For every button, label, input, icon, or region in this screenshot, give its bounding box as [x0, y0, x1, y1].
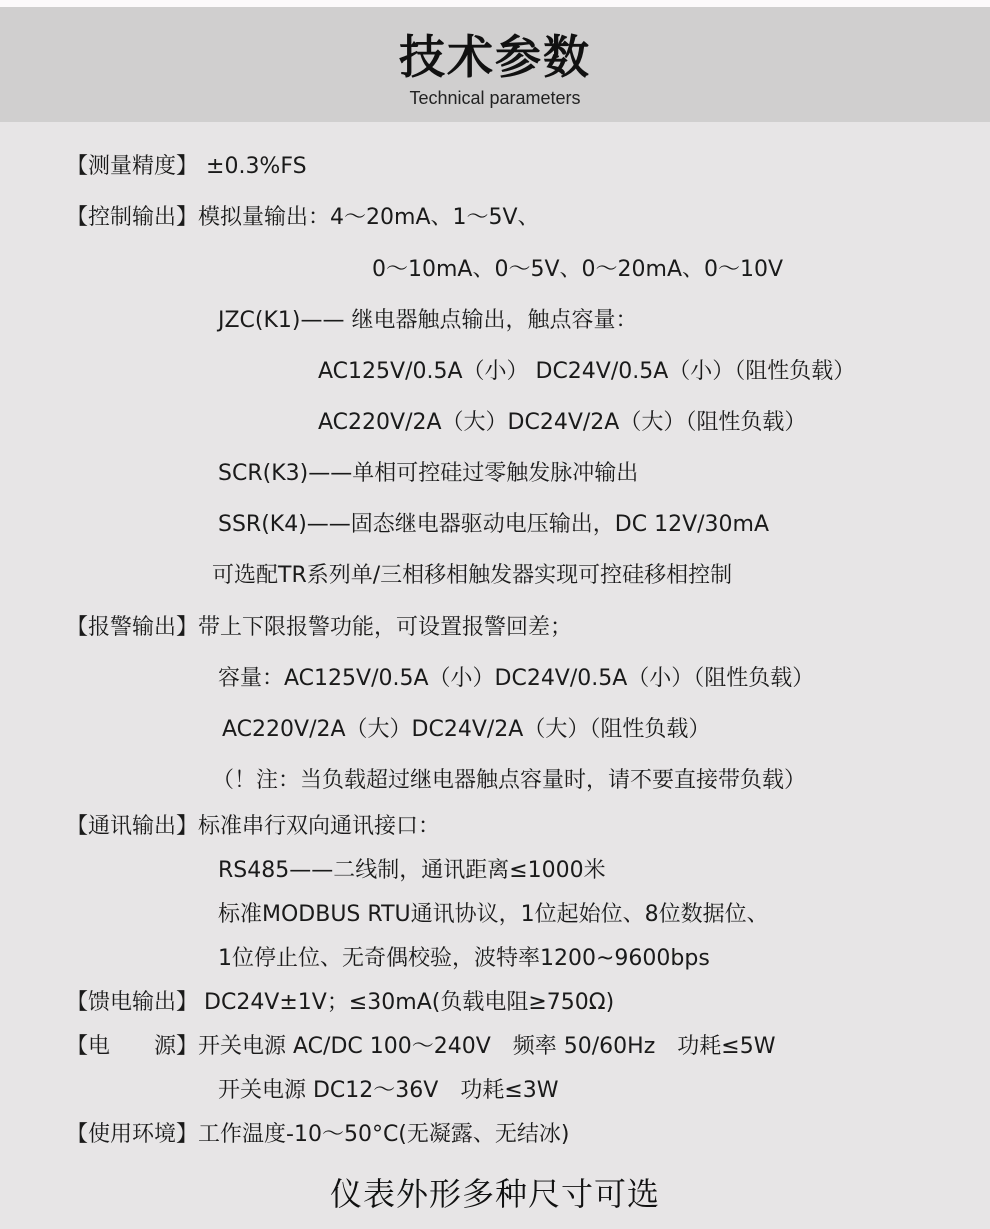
page-title: 技术参数: [0, 29, 990, 85]
spec-value: 工作温度-10～50°C(无凝露、无结冰): [198, 1122, 569, 1147]
spec-value: 标准串行双向通讯接口：: [198, 814, 440, 839]
footer-title: 仪表外形多种尺寸可选: [0, 1172, 990, 1216]
spec-value-line: RS485——二线制，通讯距离≤1000米: [218, 856, 606, 886]
spec-value: ±0.3%FS: [206, 154, 307, 179]
spec-label: 【报警输出】: [66, 613, 198, 643]
spec-value-line: SSR(K4)——固态继电器驱动电压输出，DC 12V/30mA: [218, 510, 769, 540]
spec-label: 【控制输出】: [66, 203, 198, 233]
spec-alarm-output: 【报警输出】带上下限报警功能，可设置报警回差；: [66, 613, 572, 643]
spec-power: 【电 源】开关电源 AC/DC 100～240V 频率 50/60Hz 功耗≤5…: [66, 1032, 775, 1062]
spec-feed-output: 【馈电输出】DC24V±1V；≤30mA(负载电阻≥750Ω): [66, 988, 614, 1018]
spec-value-line: SCR(K3)——单相可控硅过零触发脉冲输出: [218, 459, 638, 489]
spec-value-line: 容量：AC125V/0.5A（小）DC24V/0.5A（小）（阻性负载）: [218, 664, 814, 694]
spec-comm-output: 【通讯输出】标准串行双向通讯接口：: [66, 812, 440, 842]
spec-value: 开关电源 AC/DC 100～240V 频率 50/60Hz 功耗≤5W: [198, 1034, 775, 1059]
spec-value-line: JZC(K1)—— 继电器触点输出，触点容量：: [218, 306, 638, 336]
spec-value-line: AC125V/0.5A（小） DC24V/0.5A（小）（阻性负载）: [318, 357, 855, 387]
spec-label: 【使用环境】: [66, 1120, 198, 1150]
spec-label: 【馈电输出】: [66, 988, 198, 1018]
spec-value-line: （！注：当负载超过继电器触点容量时，请不要直接带负载）: [212, 766, 806, 796]
spec-value-line: 1位停止位、无奇偶校验，波特率1200~9600bps: [218, 944, 710, 974]
spec-control-output: 【控制输出】模拟量输出：4～20mA、1～5V、: [66, 203, 540, 233]
top-strip: [0, 0, 990, 7]
spec-label: 【通讯输出】: [66, 812, 198, 842]
spec-value-line: 标准MODBUS RTU通讯协议，1位起始位、8位数据位、: [218, 900, 769, 930]
spec-value-line: AC220V/2A（大）DC24V/2A（大）（阻性负载）: [318, 408, 806, 438]
spec-label: 【测量精度】: [66, 152, 198, 182]
spec-value-line: 0～10mA、0～5V、0～20mA、0～10V: [372, 255, 783, 285]
header-band: 技术参数 Technical parameters: [0, 7, 990, 122]
spec-value-line: 开关电源 DC12～36V 功耗≤3W: [218, 1076, 559, 1106]
spec-value: 带上下限报警功能，可设置报警回差；: [198, 615, 572, 640]
spec-value-line: AC220V/2A（大）DC24V/2A（大）（阻性负载）: [222, 715, 710, 745]
spec-value-line: 可选配TR系列单/三相移相触发器实现可控硅移相控制: [212, 561, 732, 591]
spec-value: 模拟量输出：4～20mA、1～5V、: [198, 205, 540, 230]
spec-value: DC24V±1V；≤30mA(负载电阻≥750Ω): [204, 990, 614, 1015]
spec-environment: 【使用环境】工作温度-10～50°C(无凝露、无结冰): [66, 1120, 569, 1150]
spec-label: 【电 源】: [66, 1032, 198, 1062]
page-subtitle: Technical parameters: [0, 87, 990, 109]
spec-accuracy: 【测量精度】±0.3%FS: [66, 152, 307, 182]
